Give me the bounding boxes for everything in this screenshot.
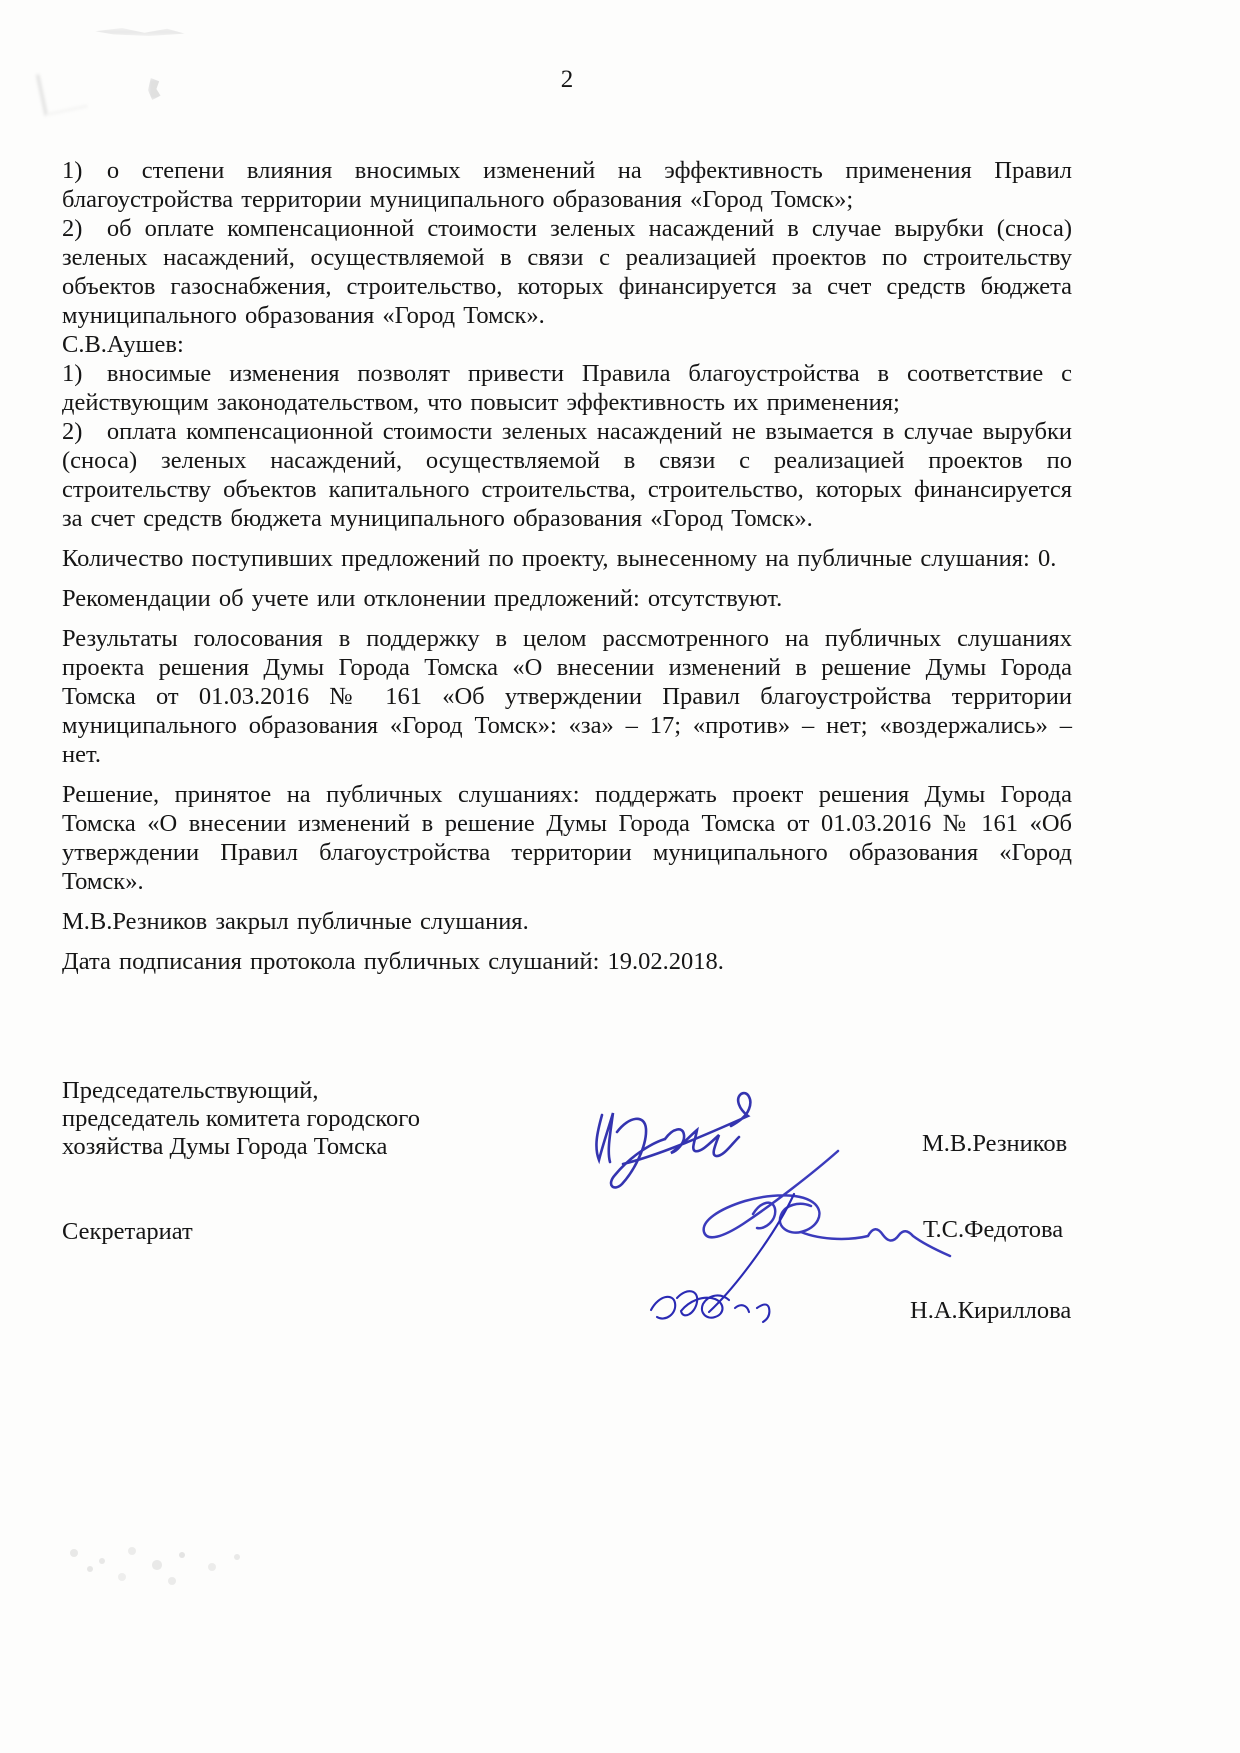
document-body: 1) о степени влияния вносимых изменений … [62, 156, 1072, 976]
scan-artifact-top [95, 28, 185, 36]
proposals-count-paragraph: Количество поступивших предложений по пр… [62, 544, 1072, 573]
scan-artifact-bottom [60, 1545, 64, 1549]
chair-role-line-1: Председательствующий, [62, 1077, 318, 1105]
closing-paragraph: М.В.Резников закрыл публичные слушания. [62, 907, 1072, 936]
voting-results-paragraph: Результаты голосования в поддержку в цел… [62, 624, 1072, 769]
recommendations-paragraph: Рекомендации об учете или отклонении пре… [62, 584, 1072, 613]
chair-role-line-3: хозяйства Думы Города Томска [62, 1133, 387, 1161]
secretariat-label: Секретариат [62, 1218, 193, 1246]
page-number: 2 [62, 66, 1072, 94]
signature-ink-kirillova [636, 1189, 808, 1341]
question-item-2: 2) об оплате компенсационной стоимости з… [62, 214, 1072, 330]
speaker-line: С.В.Аушев: [62, 330, 1072, 359]
signer-name-fedotova: Т.С.Федотова [923, 1216, 1063, 1244]
signature-block: Председательствующий, председатель комит… [0, 1077, 1240, 1417]
answer-item-1: 1) вносимые изменения позволят привести … [62, 359, 1072, 417]
answer-item-2: 2) оплата компенсационной стоимости зеле… [62, 417, 1072, 533]
question-item-1: 1) о степени влияния вносимых изменений … [62, 156, 1072, 214]
signer-name-reznikov: М.В.Резников [922, 1130, 1067, 1158]
document-page: 2 1) о степени влияния вносимых изменени… [0, 0, 1240, 1753]
signer-name-kirillova: Н.А.Кириллова [910, 1297, 1071, 1325]
decision-paragraph: Решение, принятое на публичных слушаниях… [62, 780, 1072, 896]
chair-role-line-2: председатель комитета городского [62, 1105, 420, 1133]
signing-date-paragraph: Дата подписания протокола публичных слуш… [62, 947, 1072, 976]
